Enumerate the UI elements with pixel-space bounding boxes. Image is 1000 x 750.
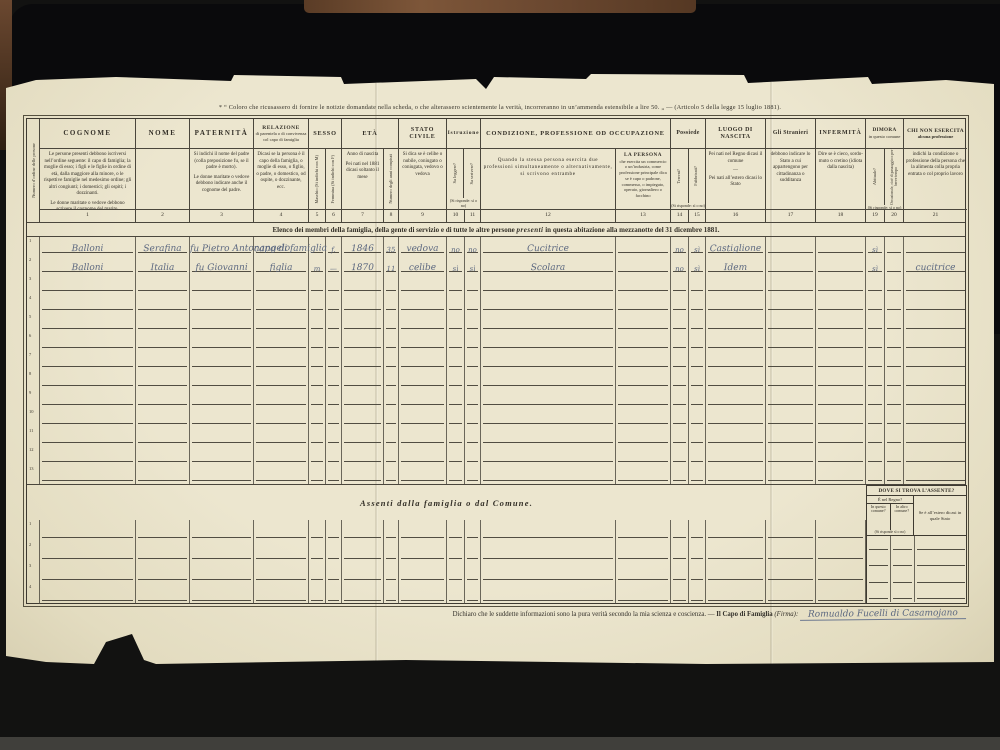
cell-stranieri <box>766 351 816 370</box>
cell-nascita <box>706 332 766 351</box>
cell-relazione <box>254 389 309 408</box>
col-cognome-title: COGNOME <box>40 119 136 149</box>
colnum-7: 7 <box>342 209 384 222</box>
cell-legge <box>447 370 465 389</box>
cell-stranieri <box>766 446 816 465</box>
colnum-21: 21 <box>904 209 967 222</box>
cell-paternita <box>190 446 254 465</box>
cell-anno: 1870 <box>342 256 384 275</box>
istruzione-note: (Si risponde: sì o no) <box>447 198 480 209</box>
cell-persona <box>616 389 671 408</box>
handwriting-entry: sì <box>866 246 884 254</box>
cell-scrive <box>465 408 481 427</box>
cell-abituale <box>866 313 885 332</box>
cell-nome <box>136 541 190 562</box>
cell-chi <box>904 370 967 389</box>
cell-nascita <box>706 520 766 541</box>
cell-stato: celibe <box>399 256 447 275</box>
cell-persona <box>616 583 671 604</box>
dove-box: DOVE SI TROVA L’ASSENTE? È nel Regno? In… <box>866 485 967 604</box>
group-sesso-title: SESSO <box>309 119 342 149</box>
cell-stranieri <box>766 389 816 408</box>
cell-legge <box>447 427 465 446</box>
declaration-text: Dichiaro che le suddette informazioni so… <box>453 611 717 618</box>
cell-abituale <box>866 446 885 465</box>
cell-professione <box>481 541 616 562</box>
cell-terreni <box>671 351 689 370</box>
cell-infermita <box>816 275 866 294</box>
cell-professione <box>481 562 616 583</box>
cell-num: 2 <box>27 541 40 562</box>
handwriting-entry: cucitrice <box>904 263 967 274</box>
cell-occasionale <box>885 370 904 389</box>
cell-e <box>915 536 967 553</box>
col-fabbricati: Fabbricati? <box>689 149 706 203</box>
cell-stato <box>399 370 447 389</box>
col-nascita-title: LUOGO DI NASCITA <box>706 119 766 149</box>
cell-anni <box>384 465 399 484</box>
cell-chi <box>904 313 967 332</box>
cell-terreni <box>671 332 689 351</box>
cell-num: 2 <box>27 256 40 275</box>
cell-fabbricati <box>689 275 706 294</box>
cell-legge <box>447 520 465 541</box>
cell-occasionale <box>885 351 904 370</box>
group-dimora-desc: Abituale? Occasionale, cioè di passaggio… <box>866 149 904 209</box>
cell-stato <box>399 389 447 408</box>
cell-cognome <box>40 294 136 313</box>
colnum-9: 9 <box>399 209 447 222</box>
cell-legge <box>447 313 465 332</box>
cell-relazione <box>254 520 309 541</box>
colnum-13: 13 <box>616 209 671 222</box>
cell-nome <box>136 294 190 313</box>
cell-anno <box>342 408 384 427</box>
col-paternita-title: PATERNITÀ <box>190 119 254 149</box>
cell-occasionale <box>885 408 904 427</box>
cell-persona <box>616 427 671 446</box>
cell-scrive <box>465 294 481 313</box>
cell-anni <box>384 520 399 541</box>
group-possiede-title: Possiede <box>671 119 706 149</box>
cell-nome <box>136 351 190 370</box>
table-row: 1 <box>27 520 866 541</box>
cell-nome <box>136 370 190 389</box>
cell-fabbricati <box>689 408 706 427</box>
cell-stranieri <box>766 294 816 313</box>
cell-paternita <box>190 313 254 332</box>
cell-stranieri <box>766 427 816 446</box>
handwriting-entry: fu Giovanni <box>190 263 253 274</box>
dimora-subtitle: in questo comune <box>869 134 901 139</box>
cell-m <box>309 332 326 351</box>
cell-terreni <box>671 446 689 465</box>
cell-scrive <box>465 313 481 332</box>
colnum-15: 15 <box>689 209 706 222</box>
cell-nome <box>136 520 190 541</box>
cell-num: 8 <box>27 370 40 389</box>
col-infermita-title: INFERMITÀ <box>816 119 866 149</box>
cell-relazione <box>254 465 309 484</box>
cell-anno <box>342 583 384 604</box>
cell-m <box>309 541 326 562</box>
cell-infermita <box>816 427 866 446</box>
cell-paternita: fu Giovanni <box>190 256 254 275</box>
cell-cognome <box>40 583 136 604</box>
cell-num: 12 <box>27 446 40 465</box>
cell-f: — <box>326 256 342 275</box>
handwriting-entry: 35 <box>384 246 398 254</box>
cell-scrive <box>465 583 481 604</box>
cell-cognome <box>40 408 136 427</box>
handwriting-entry: Castiglione <box>706 244 765 255</box>
cell-a <box>891 553 915 570</box>
cell-anni: 35 <box>384 237 399 256</box>
table-row: 11 <box>27 427 965 446</box>
cell-professione <box>481 520 616 541</box>
col-chi-non-title: CHI NON ESERCITA alcuna professione <box>904 119 967 149</box>
cell-terreni: no <box>671 256 689 275</box>
absent-title: Assenti dalla famiglia o dal Comune. <box>27 485 866 520</box>
cell-f <box>326 583 342 604</box>
cell-anno <box>342 520 384 541</box>
cell-f <box>326 562 342 583</box>
cell-stato <box>399 541 447 562</box>
cell-infermita <box>816 446 866 465</box>
cell-f <box>326 446 342 465</box>
occasionale-label: Occasionale, cioè di passaggio o per bre… <box>890 149 898 205</box>
cell-cognome <box>40 427 136 446</box>
cell-stato <box>399 294 447 313</box>
cell-terreni <box>671 370 689 389</box>
table-row <box>867 553 966 570</box>
cell-relazione <box>254 583 309 604</box>
cell-terreni: no <box>671 237 689 256</box>
cell-m <box>309 465 326 484</box>
cell-e <box>915 586 967 603</box>
cell-m <box>309 446 326 465</box>
cell-anno <box>342 332 384 351</box>
handwriting-entry: sì <box>689 265 705 273</box>
femmina-label: Femmina (Si indichi con F) <box>331 155 336 204</box>
cell-f <box>326 465 342 484</box>
cell-paternita <box>190 541 254 562</box>
cell-f <box>326 541 342 562</box>
cell-chi <box>904 237 967 256</box>
cognome-desc-2: Le donne maritate o vedove debbono scriv… <box>42 201 133 210</box>
elenco-pre: Elenco dei membri della famiglia, della … <box>272 226 516 234</box>
cell-stranieri <box>766 583 816 604</box>
cell-occasionale <box>885 313 904 332</box>
cell-legge <box>447 351 465 370</box>
dove-title: DOVE SI TROVA L’ASSENTE? <box>867 486 966 496</box>
cell-f <box>326 294 342 313</box>
cell-f <box>326 332 342 351</box>
cell-num: 6 <box>27 332 40 351</box>
la-persona-desc: che esercita un commercio o un’industria… <box>619 159 666 198</box>
cell-paternita <box>190 562 254 583</box>
cell-nascita: Idem <box>706 256 766 275</box>
handwriting-entry: no <box>671 265 688 273</box>
table-row <box>867 536 966 553</box>
cell-abituale <box>866 370 885 389</box>
cell-paternita <box>190 520 254 541</box>
cell-cognome <box>40 520 136 541</box>
cell-relazione <box>254 351 309 370</box>
cell-paternita: fu Pietro Antonangelo <box>190 237 254 256</box>
cell-f <box>326 351 342 370</box>
cell-cognome <box>40 370 136 389</box>
cell-num: 4 <box>27 294 40 313</box>
cell-professione <box>481 465 616 484</box>
handwriting-entry: fu Pietro Antonangelo <box>190 244 253 255</box>
cell-persona <box>616 465 671 484</box>
cell-infermita <box>816 256 866 275</box>
cell-occasionale <box>885 427 904 446</box>
cell-m <box>309 583 326 604</box>
cell-abituale <box>866 408 885 427</box>
table-row: 7 <box>27 351 965 370</box>
cell-chi <box>904 389 967 408</box>
cell-f <box>326 520 342 541</box>
cell-a <box>891 536 915 553</box>
cell-scrive: no <box>465 237 481 256</box>
elenco-row: Elenco dei membri della famiglia, della … <box>27 222 965 237</box>
cell-fabbricati: sì <box>689 256 706 275</box>
cell-f <box>326 427 342 446</box>
col-relazione-title: RELAZIONE di parentela o di convivenza c… <box>254 119 309 149</box>
cell-professione <box>481 332 616 351</box>
cell-m <box>309 313 326 332</box>
cell-fabbricati <box>689 520 706 541</box>
cell-paternita <box>190 275 254 294</box>
cell-stato <box>399 520 447 541</box>
table-row: 8 <box>27 370 965 389</box>
cell-num: 1 <box>27 237 40 256</box>
handwriting-entry: sì <box>689 246 705 254</box>
relazione-subtitle: di parentela o di convivenza col capo di… <box>255 131 307 141</box>
handwriting-entry: Balloni <box>40 263 135 274</box>
cell-terreni <box>671 541 689 562</box>
cell-cognome <box>40 275 136 294</box>
table-row <box>867 569 966 586</box>
cell-m <box>309 294 326 313</box>
cell-f <box>326 389 342 408</box>
cell-chi: cucitrice <box>904 256 967 275</box>
nascita-dash: — <box>708 168 763 175</box>
table-row: 4 <box>27 294 965 313</box>
table-row <box>867 586 966 603</box>
cell-e <box>915 553 967 570</box>
cell-chi <box>904 294 967 313</box>
cell-infermita <box>816 541 866 562</box>
cell-persona <box>616 275 671 294</box>
cell-fabbricati <box>689 465 706 484</box>
cell-occasionale <box>885 237 904 256</box>
colnum-17: 17 <box>766 209 816 222</box>
cell-anno <box>342 389 384 408</box>
cell-q <box>867 569 891 586</box>
handwriting-entry: Cucitrice <box>481 243 615 254</box>
col-paternita-desc: Si indichi il nome del padre (colla prep… <box>190 149 254 209</box>
cell-num: 9 <box>27 389 40 408</box>
cell-terreni <box>671 408 689 427</box>
col-persona-desc: LA PERSONA che esercita un commercio o u… <box>616 149 671 209</box>
cell-infermita <box>816 351 866 370</box>
cell-anni <box>384 313 399 332</box>
abituale-label: Abituale? <box>873 168 878 185</box>
terreni-label: Terreni? <box>677 169 682 184</box>
cell-stato <box>399 583 447 604</box>
regno-label: È nel Regno? <box>867 496 913 504</box>
col-stato-civile-desc: Si dica se è celibe o nubile, coniugato … <box>399 149 447 209</box>
cell-terreni <box>671 562 689 583</box>
cell-anno <box>342 427 384 446</box>
table-row: 2 <box>27 541 866 562</box>
chi-non-subtitle: alcuna professione <box>918 134 954 139</box>
col-cognome-desc: Le persone presenti debbono iscriversi n… <box>40 149 136 209</box>
cell-legge: no <box>447 237 465 256</box>
cell-cognome <box>40 465 136 484</box>
cell-persona <box>616 256 671 275</box>
cell-professione: Cucitrice <box>481 237 616 256</box>
table-row: 5 <box>27 313 965 332</box>
cell-professione <box>481 427 616 446</box>
cell-persona <box>616 520 671 541</box>
cell-infermita <box>816 465 866 484</box>
anno-desc-1: Anno di nascita <box>347 152 378 157</box>
elenco-post: in questa abitazione alla mezzanotte del… <box>543 226 719 234</box>
cell-num: 13 <box>27 465 40 484</box>
cell-abituale <box>866 351 885 370</box>
cell-cognome: Balloni <box>40 256 136 275</box>
cell-legge <box>447 332 465 351</box>
cell-nome <box>136 408 190 427</box>
cell-scrive: sì <box>465 256 481 275</box>
cell-persona <box>616 332 671 351</box>
dove-regno-col: È nel Regno? In questo comune? In altro … <box>867 496 914 535</box>
cell-infermita <box>816 370 866 389</box>
cell-legge <box>447 408 465 427</box>
table-row: 1BalloniSerafinafu Pietro Antonangelocap… <box>27 237 965 256</box>
cell-abituale <box>866 389 885 408</box>
cell-fabbricati <box>689 389 706 408</box>
col-anni-compiuti-desc: Numero degli anni compiuti <box>384 149 399 209</box>
cell-fabbricati: sì <box>689 237 706 256</box>
cell-stranieri <box>766 562 816 583</box>
elenco-presenti: presenti <box>517 226 544 234</box>
cell-infermita <box>816 237 866 256</box>
cell-terreni <box>671 275 689 294</box>
cell-f <box>326 275 342 294</box>
handwriting-entry: 1870 <box>342 263 383 273</box>
colnum-14: 14 <box>671 209 689 222</box>
cell-stato <box>399 351 447 370</box>
cell-num: 5 <box>27 313 40 332</box>
colnum-10: 10 <box>447 209 465 222</box>
cell-scrive <box>465 465 481 484</box>
col-nome-title: NOME <box>136 119 190 149</box>
cell-nascita <box>706 313 766 332</box>
col-abituale: Abituale? <box>866 149 885 205</box>
cell-relazione: figlia <box>254 256 309 275</box>
group-dimora-title: DIMORA in questo comune <box>866 119 904 149</box>
cell-stranieri <box>766 465 816 484</box>
cell-infermita <box>816 389 866 408</box>
cell-stranieri <box>766 237 816 256</box>
fabbricati-label: Fabbricati? <box>694 166 699 186</box>
cell-nome <box>136 389 190 408</box>
cell-chi <box>904 408 967 427</box>
cell-nome <box>136 313 190 332</box>
cell-num: 1 <box>27 520 40 541</box>
handwriting-entry: figlia <box>254 263 308 273</box>
cell-m <box>309 351 326 370</box>
handwriting-entry: no <box>465 246 480 254</box>
cell-relazione <box>254 427 309 446</box>
cell-legge <box>447 275 465 294</box>
cell-abituale: sì <box>866 256 885 275</box>
colnum-4: 4 <box>254 209 309 222</box>
cell-chi <box>904 275 967 294</box>
cell-cognome <box>40 541 136 562</box>
col-sa-leggere: Sa leggere? <box>447 149 464 198</box>
group-possiede-desc: Terreni? Fabbricati? (Si risponde: sì o … <box>671 149 706 209</box>
cell-stato: vedova <box>399 237 447 256</box>
colnum-12: 12 <box>481 209 616 222</box>
table-row: 3 <box>27 562 866 583</box>
cell-nome <box>136 583 190 604</box>
cell-occasionale <box>885 294 904 313</box>
cell-professione <box>481 446 616 465</box>
cell-nascita <box>706 294 766 313</box>
cell-nome: Italia <box>136 256 190 275</box>
dove-rows <box>867 536 966 602</box>
cell-chi <box>904 332 967 351</box>
anni-compiuti-label: Numero degli anni compiuti <box>389 154 394 204</box>
anno-desc-2: Pei nati nel 1881 dicasi soltanto il mes… <box>344 162 381 182</box>
cell-num: 3 <box>27 562 40 583</box>
cell-cognome <box>40 446 136 465</box>
cell-professione <box>481 313 616 332</box>
cell-cognome: Balloni <box>40 237 136 256</box>
cell-cognome <box>40 389 136 408</box>
cell-stato <box>399 313 447 332</box>
cell-stranieri <box>766 370 816 389</box>
handwriting-entry: sì <box>447 265 464 273</box>
cell-nome <box>136 332 190 351</box>
cell-relazione <box>254 541 309 562</box>
cell-terreni <box>671 389 689 408</box>
col-nome-desc <box>136 149 190 209</box>
cell-legge <box>447 583 465 604</box>
cell-persona <box>616 294 671 313</box>
cell-m <box>309 275 326 294</box>
cell-professione <box>481 294 616 313</box>
cell-occasionale <box>885 275 904 294</box>
cell-infermita <box>816 313 866 332</box>
cell-anni: 11 <box>384 256 399 275</box>
cell-num: 3 <box>27 275 40 294</box>
sa-scrivere-label: Sa scrivere? <box>470 163 475 184</box>
table-row: 3 <box>27 275 965 294</box>
cell-stato <box>399 562 447 583</box>
cell-f <box>326 408 342 427</box>
col-numero-header: Numero d’ordine delle persone <box>27 119 40 222</box>
cell-m: m <box>309 256 326 275</box>
cell-anni <box>384 446 399 465</box>
dove-subheader: È nel Regno? In questo comune? In altro … <box>867 496 966 536</box>
